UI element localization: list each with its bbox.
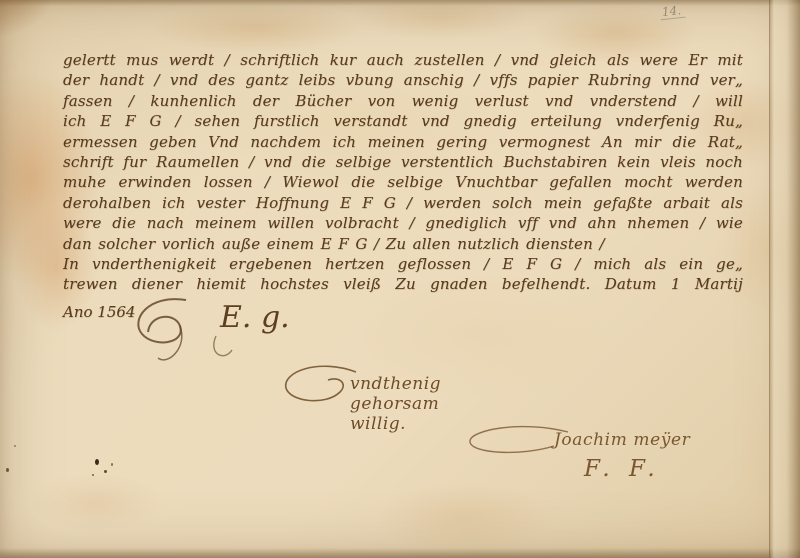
ink-speck [92, 474, 94, 476]
manuscript-line: schrift fur Raumellen / vnd die selbige … [63, 152, 743, 172]
ink-speck [111, 463, 113, 466]
anno-date: Ano 1564 [63, 303, 135, 321]
manuscript-photo: 14. gelertt mus werdt / schriftlich kur … [0, 0, 800, 558]
pencil-folio-number: 14. [659, 3, 686, 21]
signature-initials: F. F. [584, 456, 661, 482]
paraph-monogram-block: E. g. [128, 292, 328, 372]
ink-speck [14, 445, 16, 447]
closing-flourish-icon [278, 362, 360, 410]
paper-bottom-edge [0, 548, 800, 558]
signature-name: Joachim meÿer [554, 430, 690, 450]
paraph-monogram: E. g. [220, 300, 290, 335]
manuscript-line: muhe erwinden lossen / Wiewol die selbig… [63, 172, 743, 192]
ink-speck [104, 470, 107, 473]
manuscript-line: dan solcher vorlich auße einem E F G / Z… [63, 234, 743, 254]
manuscript-line: gelertt mus werdt / schriftlich kur auch… [63, 50, 743, 70]
letter-text-block: gelertt mus werdt / schriftlich kur auch… [63, 50, 743, 295]
manuscript-line: ich E F G / sehen furstlich verstandt vn… [63, 111, 743, 131]
manuscript-line: der handt / vnd des gantz leibs vbung an… [63, 70, 743, 90]
ink-speck [95, 459, 99, 465]
closing-text: vndthenig gehorsam willig. [350, 374, 441, 434]
manuscript-line: ermessen geben Vnd nachdem ich meinen ge… [63, 132, 743, 152]
ink-speck [6, 468, 9, 472]
signature-block: Joachim meÿer F. F. [462, 424, 762, 514]
manuscript-line: were die nach meinem willen volbracht / … [63, 213, 743, 233]
manuscript-line: In vnderthenigkeit ergebenen hertzen gef… [63, 254, 743, 274]
manuscript-line: derohalben ich vester Hoffnung E F G / w… [63, 193, 743, 213]
paper-fold-edge [769, 0, 800, 558]
manuscript-line: fassen / kunhenlich der Bücher von wenig… [63, 91, 743, 111]
